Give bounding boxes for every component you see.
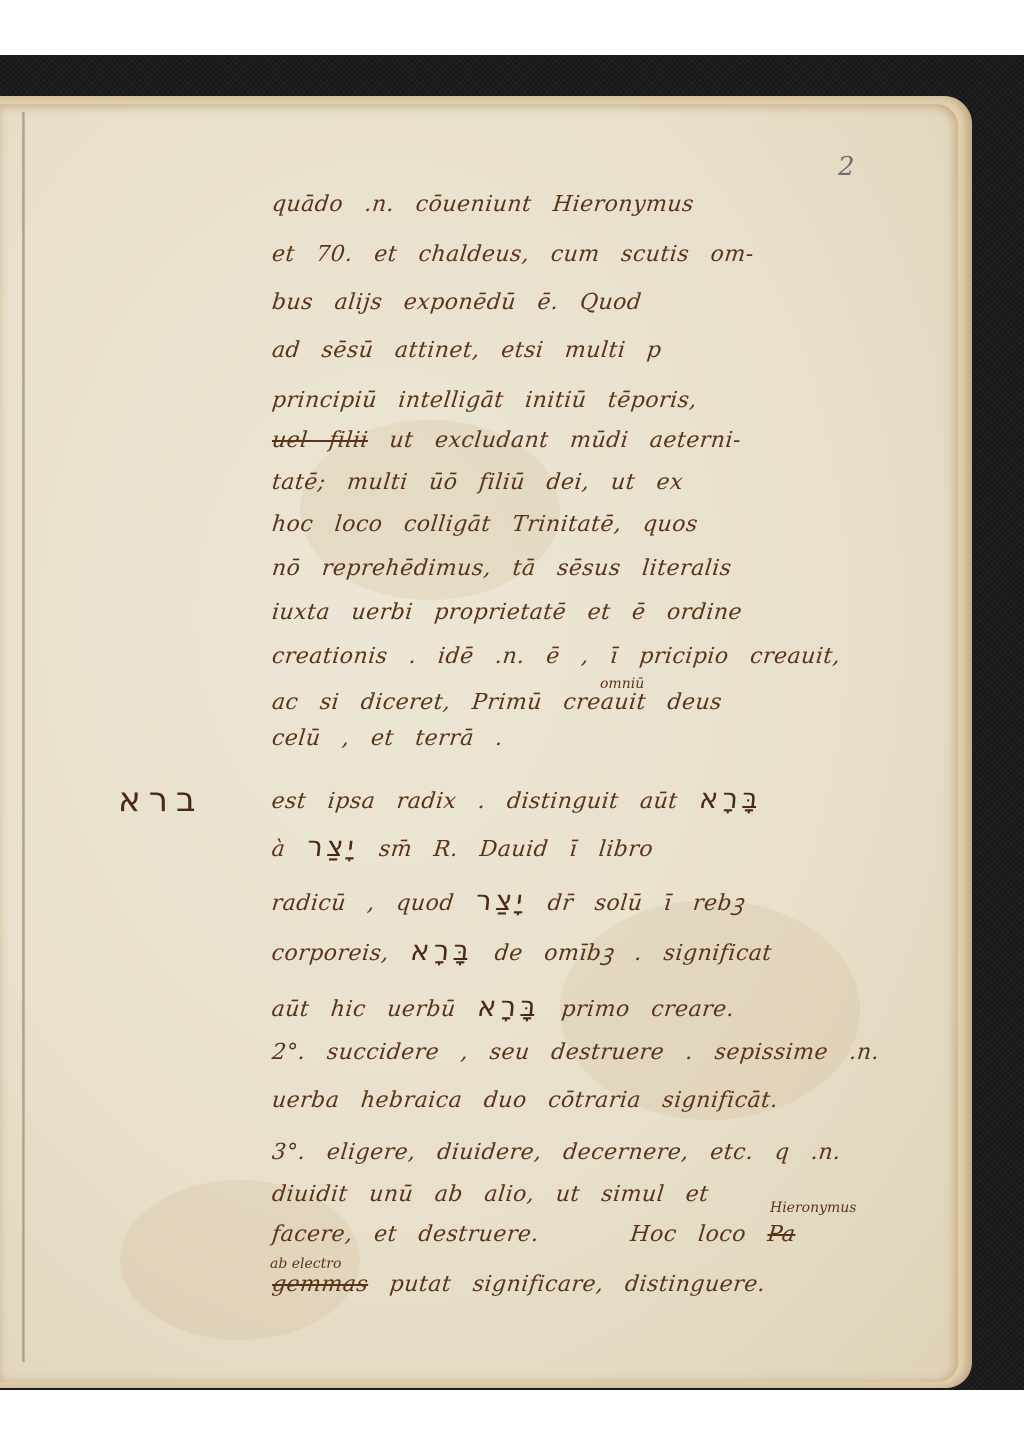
text-line: celū , et terrā . [271,726,505,751]
line-text: à [270,837,286,862]
text-line: iuxta uerbi proprietatē et ē ordine [271,600,744,625]
text-line-hebrew: à יָצַר sm̄ R. Dauid ī libro [270,830,655,863]
text-line: et 70. et chaldeus, cum scutis om- [271,242,755,267]
superscript-insertion: ab electro [270,1256,341,1272]
binding-gutter [22,112,25,1362]
text-line: diuidit unū ab alio, ut simul et [271,1182,710,1207]
line-text: putat significare, distinguere. [388,1272,766,1297]
line-text: sm̄ R. Dauid ī libro [378,837,655,862]
line-text: Hoc loco [629,1222,747,1247]
hebrew-word: בָּרָא [698,782,764,815]
line-text: radicū , quod [270,891,455,916]
line-text: ut excludant mūdi aeterni- [388,428,742,453]
line-text: aūt hic uerbū [270,997,457,1022]
superscript-insertion: Hieronymus [770,1200,857,1216]
line-text: de omībꝫ . significat [493,941,773,966]
text-line-hebrew: corporeis, בָּרָא de omībꝫ . significat [270,934,774,967]
text-line: creationis . idē .n. ē , ī pricipio crea… [271,644,842,669]
text-line: uel filii ut excludant mūdi aeterni- [271,428,743,453]
text-line: 3°. eligere, diuidere, decernere, etc. q… [271,1140,842,1165]
line-text: corporeis, [270,941,390,966]
text-line: hoc loco colligāt Trinitatē, quos [271,512,699,537]
text-line: facere, et destruere. Hoc loco Pa [271,1222,797,1247]
text-line: ad sēsū attinet, etsi multi p [271,338,663,363]
folio-number: 2 [838,152,855,182]
struck-text: Pa [766,1222,797,1247]
text-line: 2°. succidere , seu destruere . sepissim… [271,1040,881,1065]
text-line-hebrew: aūt hic uerbū בָּרָא primo creare. [270,990,736,1023]
text-line: bus alijs exponēdū ē. Quod [271,290,643,315]
text-line-hebrew: est ipsa radix . distinguit aūt בָּרָא [270,782,764,815]
text-line: uerba hebraica duo cōtraria significāt. [271,1088,780,1113]
line-text: est ipsa radix . distinguit aūt [270,789,679,814]
hebrew-word: יָצַר [305,830,359,863]
text-line-hebrew: radicū , quod יָצַר dr̄ solū ī rebꝫ [270,884,746,917]
text-line: quādo .n. cōueniunt Hieronymus [271,192,696,217]
hebrew-word: בָּרָא [409,934,475,967]
line-text: primo creare. [560,997,735,1022]
text-line: tatē; multi ūō filiū dei, ut ex [271,470,685,495]
line-text: facere, et destruere. [271,1222,541,1247]
text-line: gemmas putat significare, distinguere. [271,1272,767,1297]
text-line: principiū intelligāt initiū tēporis, [271,388,699,413]
margin-hebrew-word: ברא [118,780,204,820]
struck-text: gemmas [271,1272,370,1297]
line-text: dr̄ solū ī rebꝫ [546,891,745,916]
struck-text: uel filii [271,428,370,453]
hebrew-word: בָּרָא [476,990,542,1023]
hebrew-word: יָצַר [474,884,528,917]
text-line: ac si diceret, Primū creauit deus [271,690,724,715]
text-line: nō reprehēdimus, tā sēsus literalis [271,556,733,581]
